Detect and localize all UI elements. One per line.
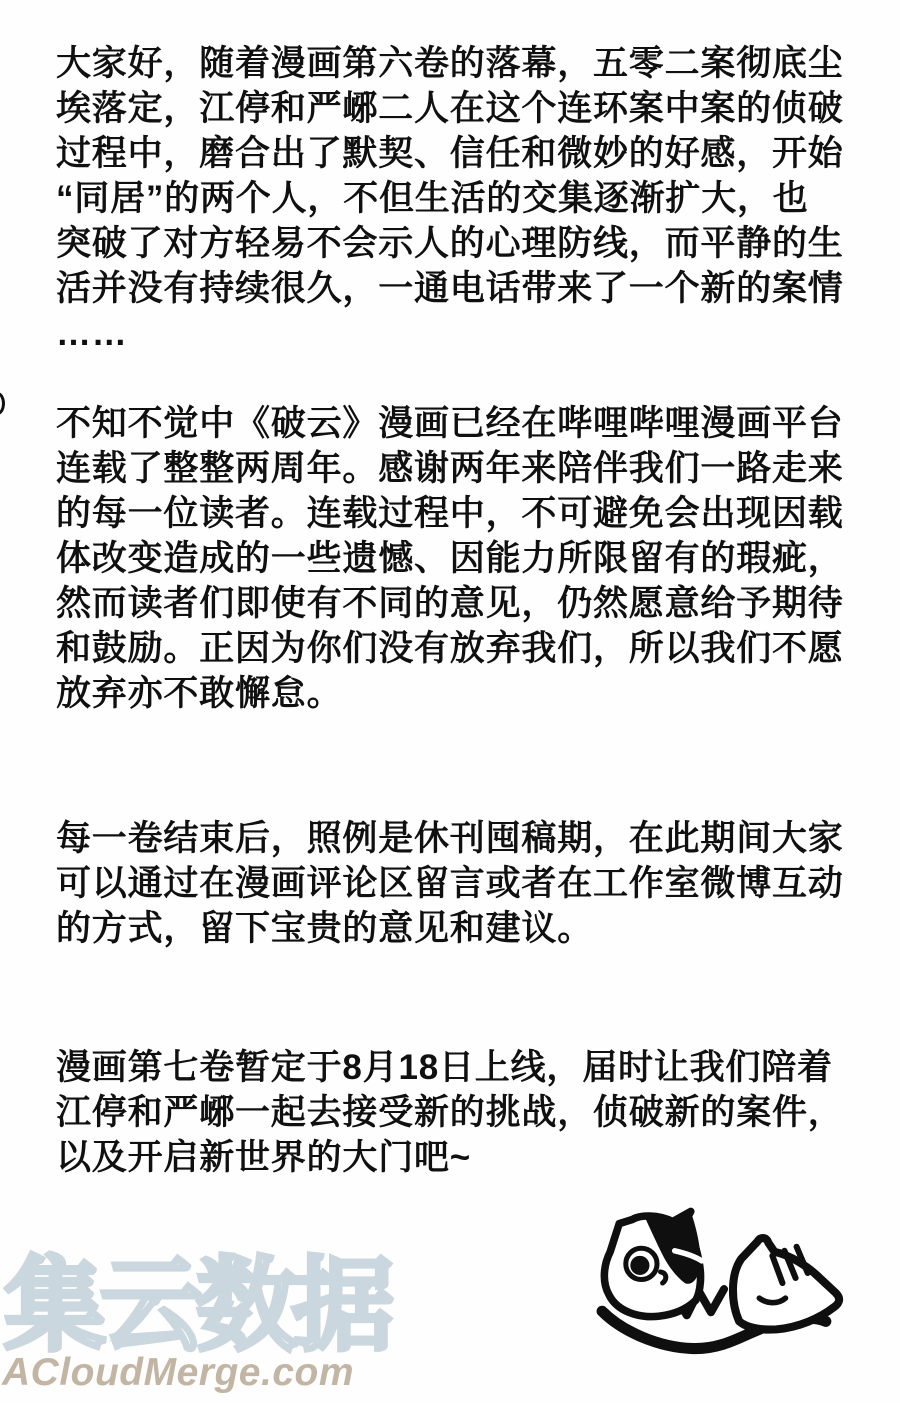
text-line: 可以通过在漫画评论区留言或者在工作室微博互动 bbox=[56, 861, 856, 906]
text-line: 突破了对方轻易不会示人的心理防线，而平静的生 bbox=[56, 221, 856, 266]
cat-eye-pupil bbox=[630, 1256, 649, 1275]
afterword-paragraph-2: 不知不觉中《破云》漫画已经在哔哩哔哩漫画平台 连载了整整两周年。感谢两年来陪伴我… bbox=[56, 401, 856, 716]
text-line: 大家好，随着漫画第六卷的落幕，五零二案彻底尘 bbox=[56, 41, 856, 86]
text-line: 的每一位读者。连载过程中，不可避免会出现因载 bbox=[56, 491, 856, 536]
text-line: …… bbox=[56, 311, 856, 356]
text-line: 埃落定，江停和严峫二人在这个连环案中案的侦破 bbox=[56, 86, 856, 131]
text-line: 体改变造成的一些遗憾、因能力所限留有的瑕疵， bbox=[56, 536, 856, 581]
text-line: 连载了整整两周年。感谢两年来陪伴我们一路走来 bbox=[56, 446, 856, 491]
text-line: 江停和严峫一起去接受新的挑战，侦破新的案件， bbox=[56, 1090, 856, 1135]
left-edge-bubble-fragment bbox=[0, 392, 5, 415]
text-line: 以及开启新世界的大门吧~ bbox=[56, 1135, 856, 1180]
sleeping-cat-illustration bbox=[588, 1198, 850, 1360]
text-line: 活并没有持续很久，一通电话带来了一个新的案情 bbox=[56, 266, 856, 311]
afterword-paragraph-4: 漫画第七卷暂定于8月18日上线，届时让我们陪着 江停和严峫一起去接受新的挑战，侦… bbox=[56, 1045, 856, 1180]
text-line: “同居”的两个人，不但生活的交集逐渐扩大，也 bbox=[56, 176, 856, 221]
watermark-chinese: 集云数据 bbox=[4, 1255, 388, 1357]
text-line: 每一卷结束后，照例是休刊囤稿期，在此期间大家 bbox=[56, 816, 856, 861]
text-line: 放弃亦不敢懈怠。 bbox=[56, 671, 856, 716]
afterword-paragraph-1: 大家好，随着漫画第六卷的落幕，五零二案彻底尘 埃落定，江停和严峫二人在这个连环案… bbox=[56, 41, 856, 356]
text-line: 的方式，留下宝贵的意见和建议。 bbox=[56, 906, 856, 951]
watermark-url: ACloudMerge.com bbox=[2, 1352, 354, 1394]
text-line: 不知不觉中《破云》漫画已经在哔哩哔哩漫画平台 bbox=[56, 401, 856, 446]
text-line: 然而读者们即使有不同的意见，仍然愿意给予期待 bbox=[56, 581, 856, 626]
text-line: 过程中，磨合出了默契、信任和微妙的好感，开始 bbox=[56, 131, 856, 176]
afterword-paragraph-3: 每一卷结束后，照例是休刊囤稿期，在此期间大家 可以通过在漫画评论区留言或者在工作… bbox=[56, 816, 856, 951]
text-line: 漫画第七卷暂定于8月18日上线，届时让我们陪着 bbox=[56, 1045, 856, 1090]
manga-afterword-page: 大家好，随着漫画第六卷的落幕，五零二案彻底尘 埃落定，江停和严峫二人在这个连环案… bbox=[0, 0, 900, 1403]
text-line: 和鼓励。正因为你们没有放弃我们，所以我们不愿 bbox=[56, 626, 856, 671]
